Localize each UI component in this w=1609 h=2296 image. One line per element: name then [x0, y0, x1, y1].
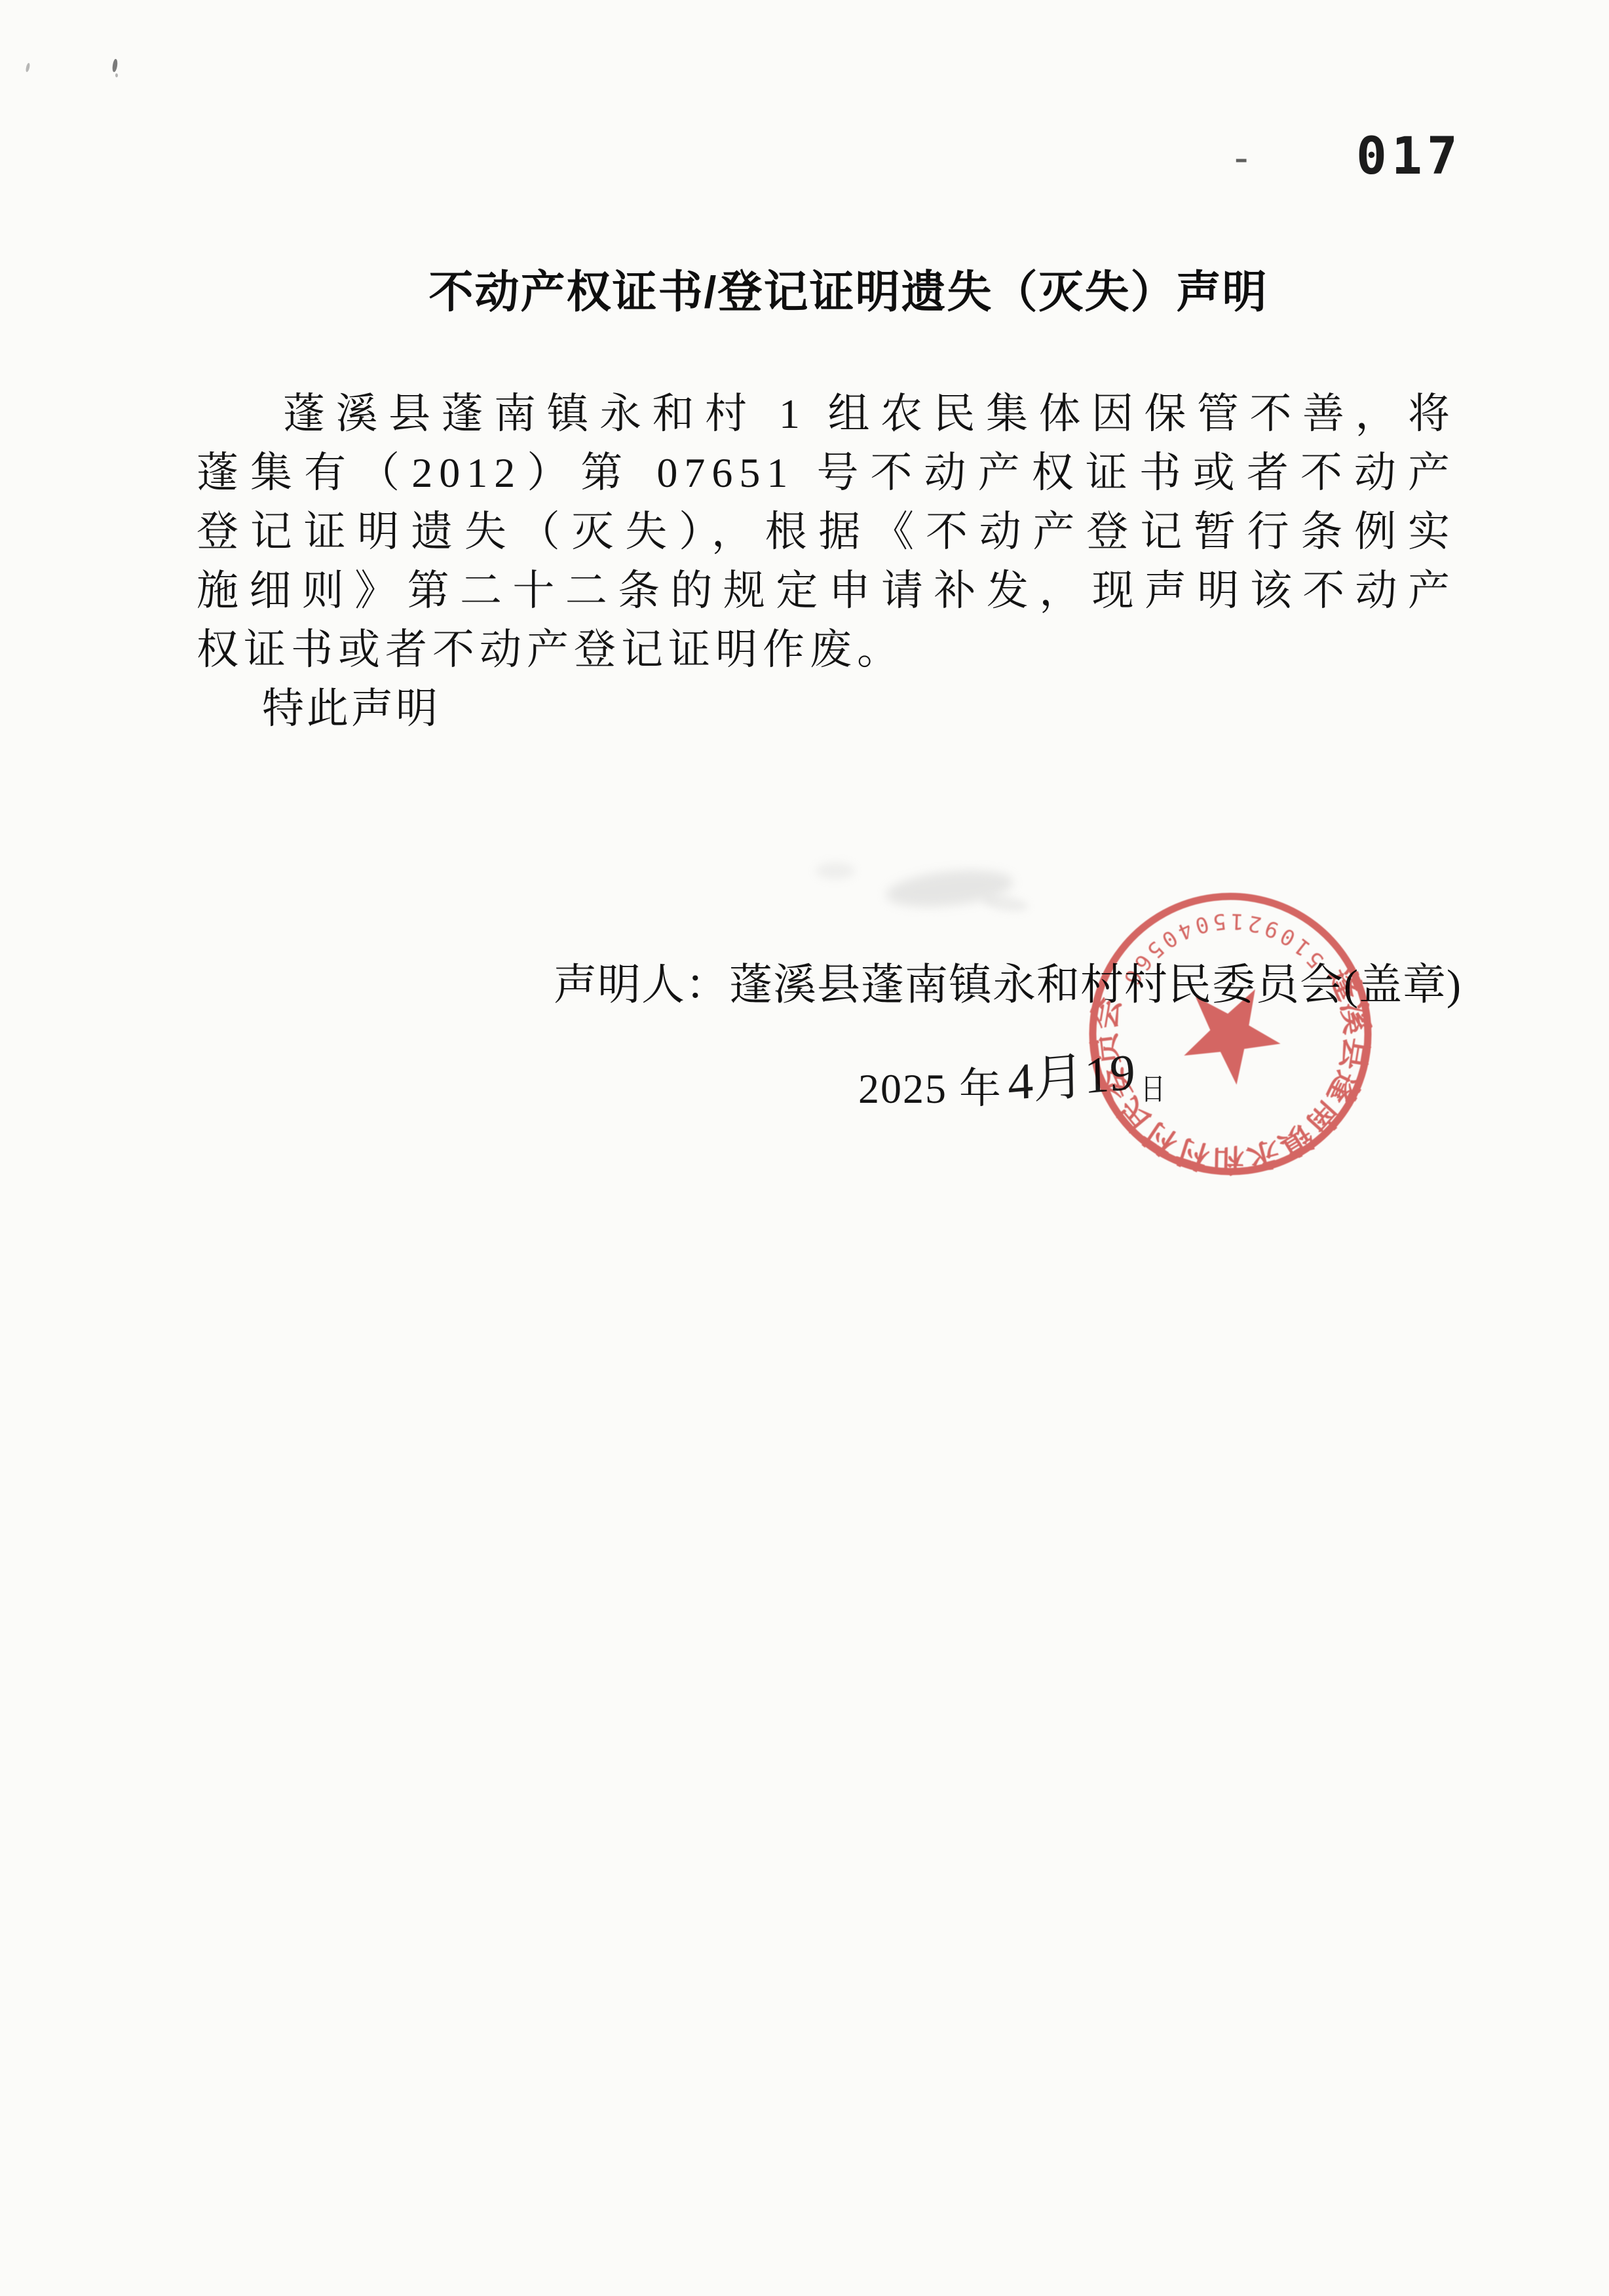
paragraph-line: 蓬集有（2012）第 07651 号不动产权证书或者不动产: [197, 444, 1456, 503]
dash-mark: -: [1229, 134, 1253, 182]
scan-smudge: [816, 862, 855, 879]
official-stamp: 蓬溪县蓬南镇永和村村民委员会 5109215040566: [1080, 883, 1381, 1185]
scan-speck: [25, 63, 30, 73]
scanned-document-page: - 017 不动产权证书/登记证明遗失（灭失）声明 蓬溪县蓬南镇永和村 1 组农…: [0, 0, 1609, 2296]
paragraph-line: 登记证明遗失（灭失），根据《不动产登记暂行条例实: [197, 503, 1456, 562]
stamp-star-icon: [1177, 987, 1285, 1090]
paragraph-line: 蓬溪县蓬南镇永和村 1 组农民集体因保管不善，将: [197, 385, 1456, 444]
attest-line: 特此声明: [262, 679, 1456, 738]
scan-speck: [115, 73, 118, 77]
document-title: 不动产权证书/登记证明遗失（灭失）声明: [219, 257, 1477, 320]
paragraph-line: 权证书或者不动产登记证明作废。: [197, 621, 1456, 679]
date-year-printed: 2025 年: [858, 1055, 1002, 1115]
declaration-paragraph: 蓬溪县蓬南镇永和村 1 组农民集体因保管不善，将 蓬集有（2012）第 0765…: [197, 385, 1456, 738]
page-number: 017: [1356, 127, 1462, 186]
scan-smudge: [982, 893, 1029, 914]
scan-speck: [111, 59, 118, 73]
paragraph-line: 施细则》第二十二条的规定申请补发，现声明该不动产: [197, 562, 1456, 621]
